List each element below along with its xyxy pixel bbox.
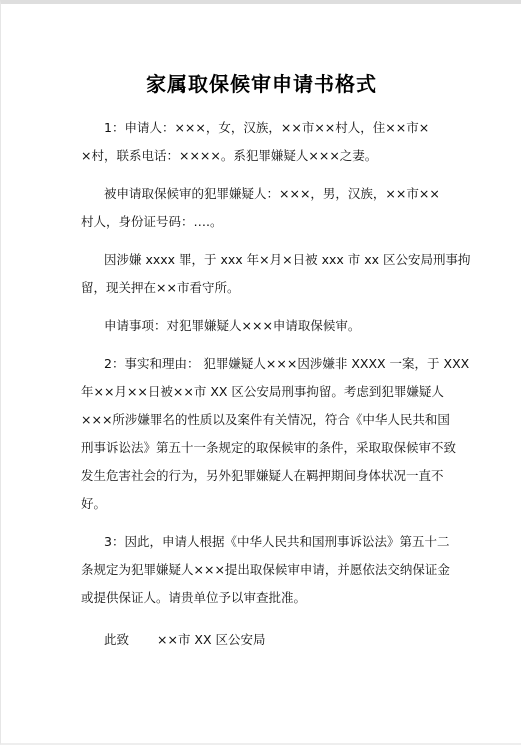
text-line: 3：因此，申请人根据《中华人民共和国刑事诉讼法》第五十二	[81, 528, 449, 556]
text-line: 刑事诉讼法》第五十一条规定的取保候审的条件，采取取保候审不致	[81, 434, 449, 462]
recipient: ××市 XX 区公安局	[157, 632, 266, 647]
document-body: 1：申请人：×××，女，汉族，××市××村人，住××市× ×村，联系电话：×××…	[81, 114, 449, 622]
text-line: 被申请取保候审的犯罪嫌疑人：×××，男，汉族，××市××	[81, 180, 449, 208]
paragraph-conclusion: 3：因此，申请人根据《中华人民共和国刑事诉讼法》第五十二 条规定为犯罪嫌疑人××…	[81, 528, 449, 612]
paragraph-applicant: 1：申请人：×××，女，汉族，××市××村人，住××市× ×村，联系电话：×××…	[81, 114, 449, 170]
text-line: 条规定为犯罪嫌疑人×××提出取保候审申请，并愿依法交纳保证金	[81, 556, 449, 584]
text-line: 好。	[81, 490, 449, 518]
document-title: 家属取保候审申请书格式	[1, 68, 521, 97]
text-line: 因涉嫌 xxxx 罪，于 xxx 年×月×日被 xxx 市 xx 区公安局刑事拘	[81, 246, 449, 274]
text-line: 年××月××日被××市 XX 区公安局刑事拘留。考虑到犯罪嫌疑人	[81, 378, 449, 406]
paragraph-request: 申请事项：对犯罪嫌疑人×××申请取保候审。	[81, 312, 449, 340]
text-line: ×××所涉嫌罪名的性质以及案件有关情况，符合《中华人民共和国	[81, 406, 449, 434]
paragraph-detention: 因涉嫌 xxxx 罪，于 xxx 年×月×日被 xxx 市 xx 区公安局刑事拘…	[81, 246, 449, 302]
closing-line: 此致××市 XX 区公安局	[104, 626, 266, 654]
text-line: 申请事项：对犯罪嫌疑人×××申请取保候审。	[81, 312, 449, 340]
paragraph-facts: 2：事实和理由： 犯罪嫌疑人×××因涉嫌非 XXXX 一案，于 XXX 年××月…	[81, 350, 449, 518]
text-line: ×村，联系电话：××××。系犯罪嫌疑人×××之妻。	[81, 142, 449, 170]
text-line: 1：申请人：×××，女，汉族，××市××村人，住××市×	[81, 114, 449, 142]
salutation: 此致	[104, 632, 129, 647]
text-line: 留，现关押在××市看守所。	[81, 274, 449, 302]
text-line: 或提供保证人。请贵单位予以审查批准。	[81, 584, 449, 612]
document-page: 家属取保候审申请书格式 1：申请人：×××，女，汉族，××市××村人，住××市×…	[0, 0, 521, 745]
text-line: 村人，身份证号码：….。	[81, 208, 449, 236]
paragraph-respondent: 被申请取保候审的犯罪嫌疑人：×××，男，汉族，××市×× 村人，身份证号码：….…	[81, 180, 449, 236]
text-line: 2：事实和理由： 犯罪嫌疑人×××因涉嫌非 XXXX 一案，于 XXX	[81, 350, 449, 378]
text-line: 发生危害社会的行为，另外犯罪嫌疑人在羁押期间身体状况一直不	[81, 462, 449, 490]
